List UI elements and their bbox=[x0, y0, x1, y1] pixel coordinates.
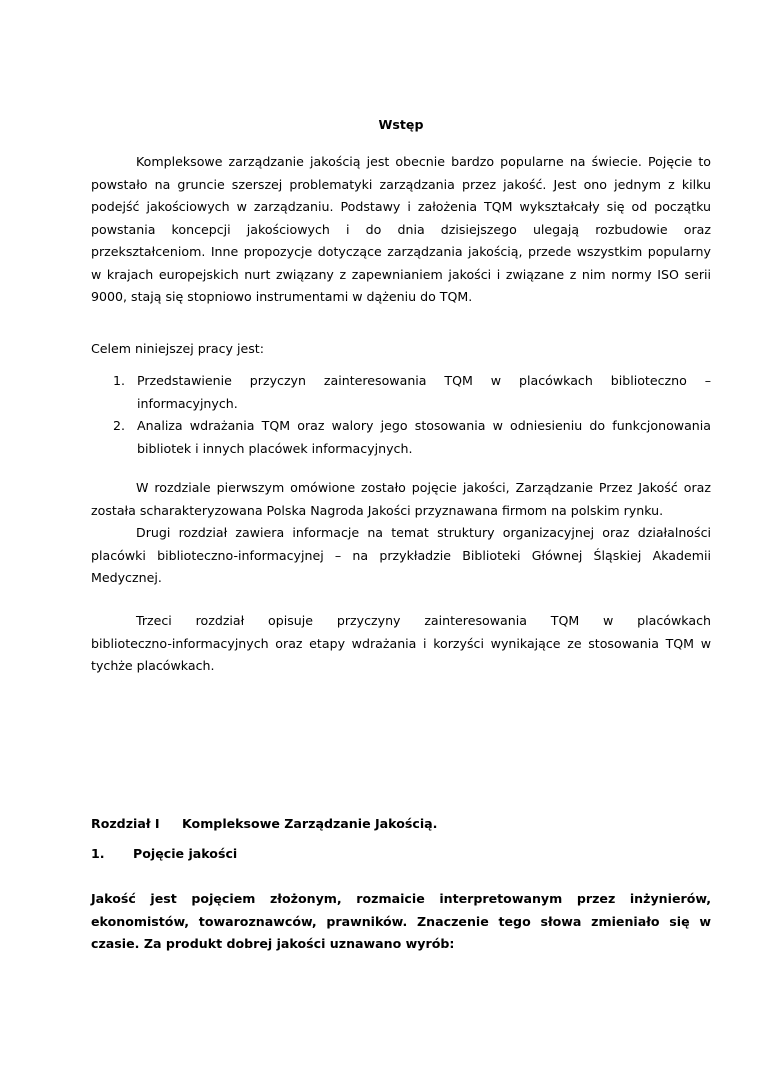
chapter-title: Kompleksowe Zarządzanie Jakością. bbox=[182, 813, 437, 835]
page-title: Wstęp bbox=[0, 117, 760, 132]
list-line: bibliotek i innych placówek informacyjny… bbox=[137, 438, 711, 461]
paragraph-line: ekonomistów, towaroznawców, prawników. Z… bbox=[91, 911, 711, 934]
paragraph-line: została scharakteryzowana Polska Nagroda… bbox=[91, 500, 711, 523]
chapter-label: Rozdział I bbox=[91, 813, 160, 835]
paragraph-line: Trzeci rozdział opisuje przyczyny zainte… bbox=[91, 610, 711, 633]
paragraph-line: Medycznej. bbox=[91, 567, 711, 590]
paragraph-line: Jakość jest pojęciem złożonym, rozmaicie… bbox=[91, 888, 711, 911]
paragraph-line: biblioteczno-informacyjnych oraz etapy w… bbox=[91, 633, 711, 656]
paragraph-line: powstało na gruncie szerszej problematyk… bbox=[91, 174, 711, 197]
paragraph-line: 9000, stają się stopniowo instrumentami … bbox=[91, 286, 711, 309]
goals-intro: Celem niniejszej pracy jest: bbox=[91, 338, 711, 361]
paragraph-line: W rozdziale pierwszym omówione zostało p… bbox=[91, 477, 711, 500]
list-line: Analiza wdrażania TQM oraz walory jego s… bbox=[137, 415, 711, 438]
paragraph-line: czasie. Za produkt dobrej jakości uznawa… bbox=[91, 933, 711, 956]
chapter-summary-1: W rozdziale pierwszym omówione zostało p… bbox=[91, 477, 711, 522]
list-line: Przedstawienie przyczyn zainteresowania … bbox=[137, 370, 711, 393]
paragraph-line: Kompleksowe zarządzanie jakością jest ob… bbox=[91, 151, 711, 174]
list-number: 2. bbox=[113, 415, 125, 438]
paragraph-line: powstania koncepcji jakościowych i do dn… bbox=[91, 219, 711, 242]
document-page: Wstęp Kompleksowe zarządzanie jakością j… bbox=[0, 0, 760, 1075]
section-number: 1. bbox=[91, 843, 105, 865]
section-title: Pojęcie jakości bbox=[133, 843, 237, 865]
chapter-summary-3: Trzeci rozdział opisuje przyczyny zainte… bbox=[91, 610, 711, 678]
paragraph-line: tychże placówkach. bbox=[91, 655, 711, 678]
paragraph-line: w krajach europejskich nurt związany z z… bbox=[91, 264, 711, 287]
paragraph-line: przekształceniom. Inne propozycje dotycz… bbox=[91, 241, 711, 264]
paragraph-line: placówki biblioteczno-informacyjnej – na… bbox=[91, 545, 711, 568]
paragraph-line: Drugi rozdział zawiera informacje na tem… bbox=[91, 522, 711, 545]
list-number: 1. bbox=[113, 370, 125, 393]
intro-paragraph: Kompleksowe zarządzanie jakością jest ob… bbox=[91, 151, 711, 309]
list-line: informacyjnych. bbox=[137, 393, 711, 416]
paragraph-line: podejść jakościowych w zarządzaniu. Pods… bbox=[91, 196, 711, 219]
quality-paragraph: Jakość jest pojęciem złożonym, rozmaicie… bbox=[91, 888, 711, 956]
chapter-summary-2: Drugi rozdział zawiera informacje na tem… bbox=[91, 522, 711, 590]
